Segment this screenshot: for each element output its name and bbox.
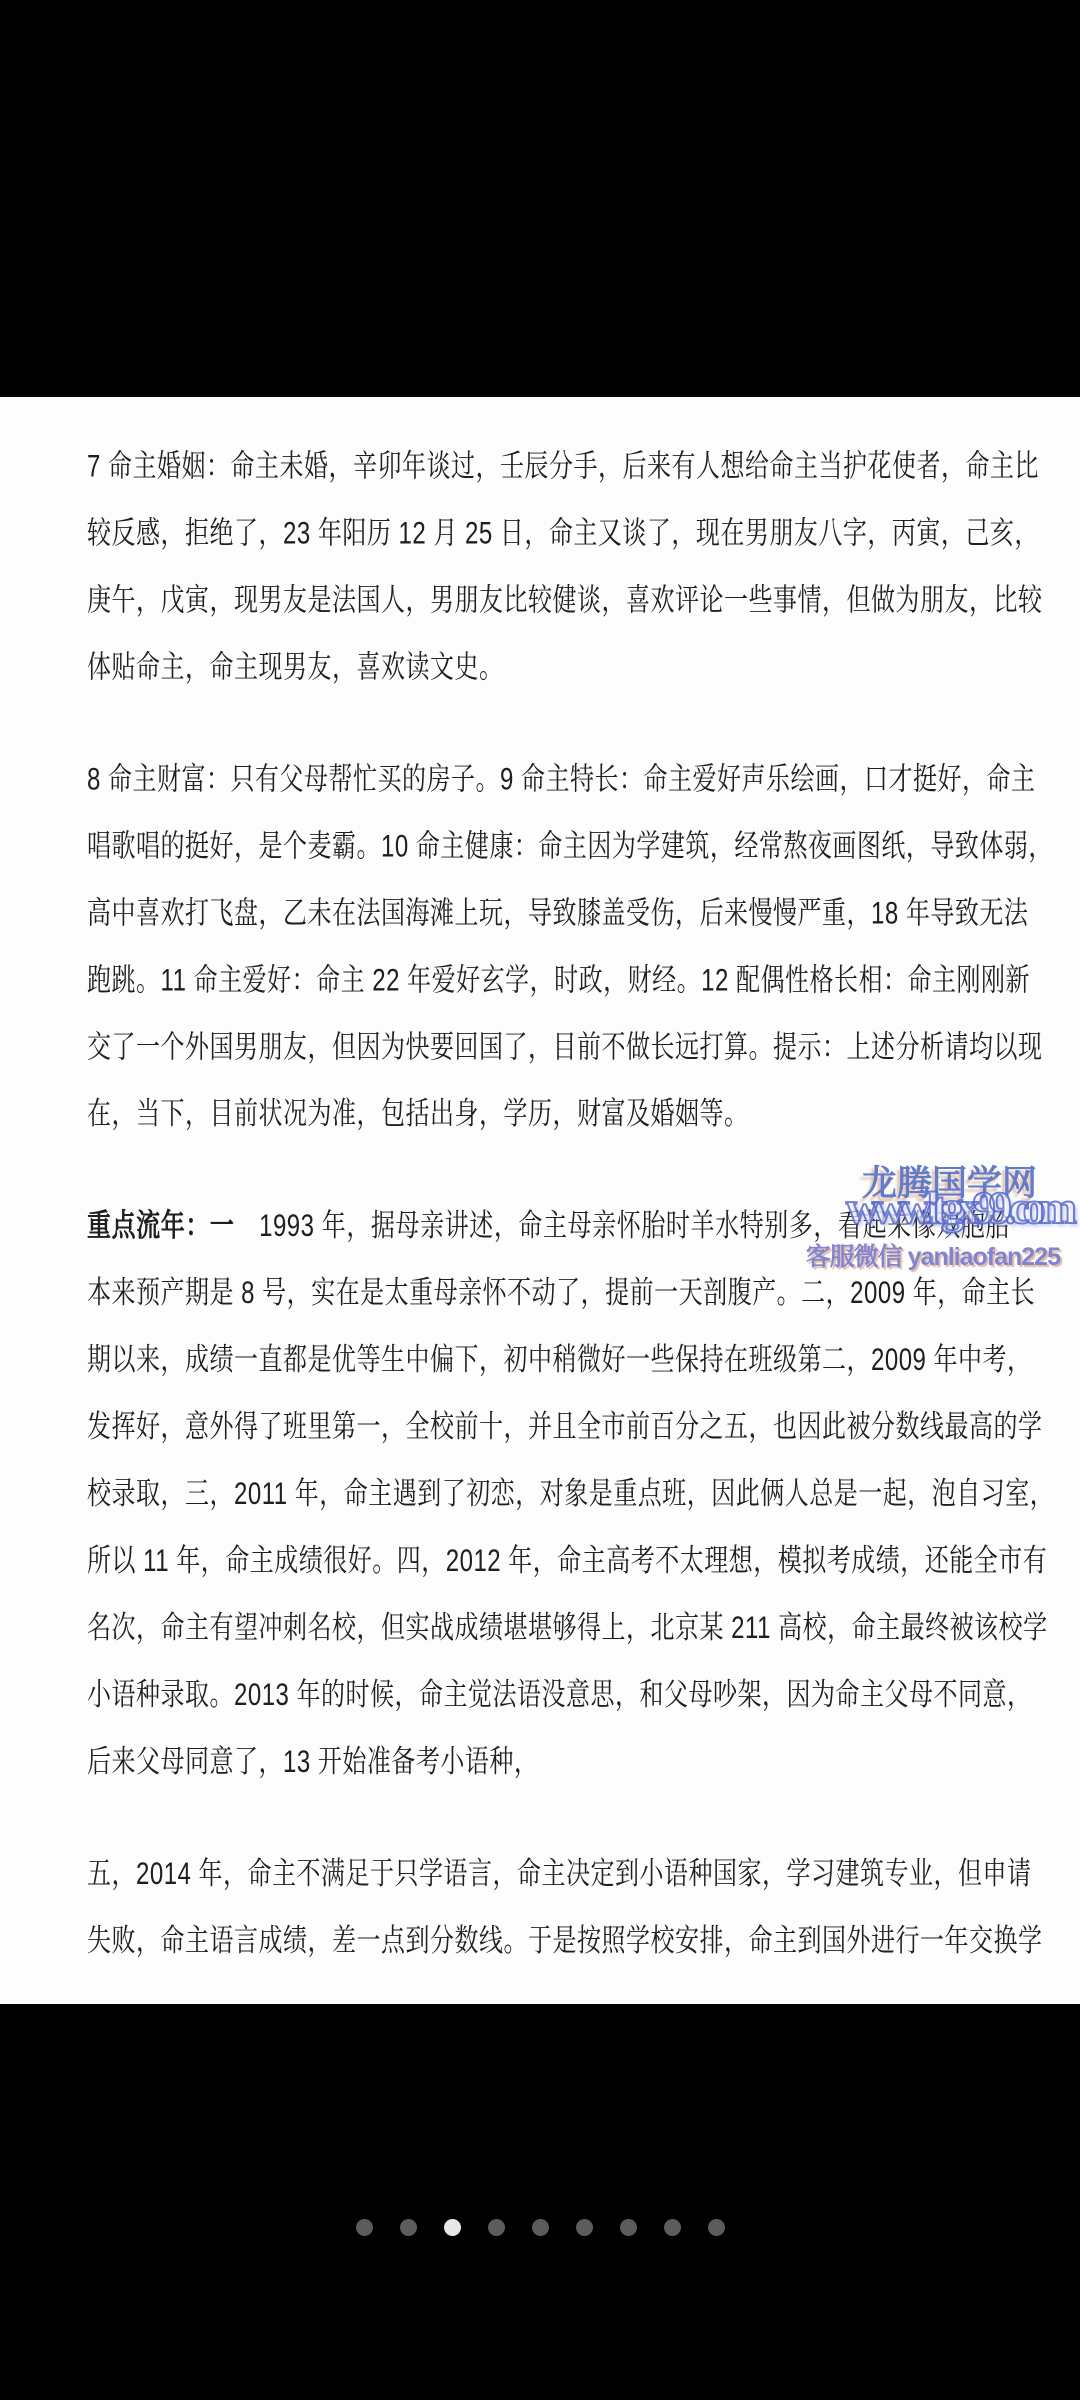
page-indicator [0,2219,1080,2236]
page-dot[interactable] [488,2219,505,2236]
page-dot[interactable] [620,2219,637,2236]
text-line: 失败，命主语言成绩，差一点到分数线。于是按照学校安排，命主到国外进行一年交换学 [87,1898,1010,1985]
paragraph-year-2014: 五，2014 年，命主不满足于只学语言，命主决定到小语种国家，学习建筑专业，但申… [87,1841,1010,1975]
paragraph-wealth-health: 8 命主财富：只有父母帮忙买的房子。9 命主特长：命主爱好声乐绘画，口才挺好，命… [87,746,1010,1148]
page-dot-active[interactable] [444,2219,461,2236]
key-years-first-line: 1993 年，据母亲讲述，命主母亲怀胎时羊水特别多，看起来像双胞胎 [235,1209,1011,1244]
text-line: 在，当下，目前状况为准，包括出身，学历，财富及婚姻等。 [87,1071,1010,1158]
document-page[interactable]: 7 命主婚姻：命主未婚，辛卯年谈过，壬辰分手，后来有人想给命主当护花使者，命主比… [0,397,1080,2004]
page-dot[interactable] [576,2219,593,2236]
document-text: 7 命主婚姻：命主未婚，辛卯年谈过，壬辰分手，后来有人想给命主当护花使者，命主比… [87,433,1010,1975]
paragraph-key-years: 重点流年：一 1993 年，据母亲讲述，命主母亲怀胎时羊水特别多，看起来像双胞胎… [87,1193,1010,1796]
paragraph-marriage: 7 命主婚姻：命主未婚，辛卯年谈过，壬辰分手，后来有人想给命主当护花使者，命主比… [87,433,1010,701]
page-dot[interactable] [664,2219,681,2236]
page-dot[interactable] [400,2219,417,2236]
page-dot[interactable] [356,2219,373,2236]
text-line: 后来父母同意了，13 开始准备考小语种， [87,1719,1010,1806]
page-dot[interactable] [532,2219,549,2236]
page-dot[interactable] [708,2219,725,2236]
viewer-screen: 7 命主婚姻：命主未婚，辛卯年谈过，壬辰分手，后来有人想给命主当护花使者，命主比… [0,0,1080,2400]
text-line: 体贴命主，命主现男友，喜欢读文史。 [87,624,1010,711]
key-years-heading: 重点流年：一 [87,1209,235,1244]
